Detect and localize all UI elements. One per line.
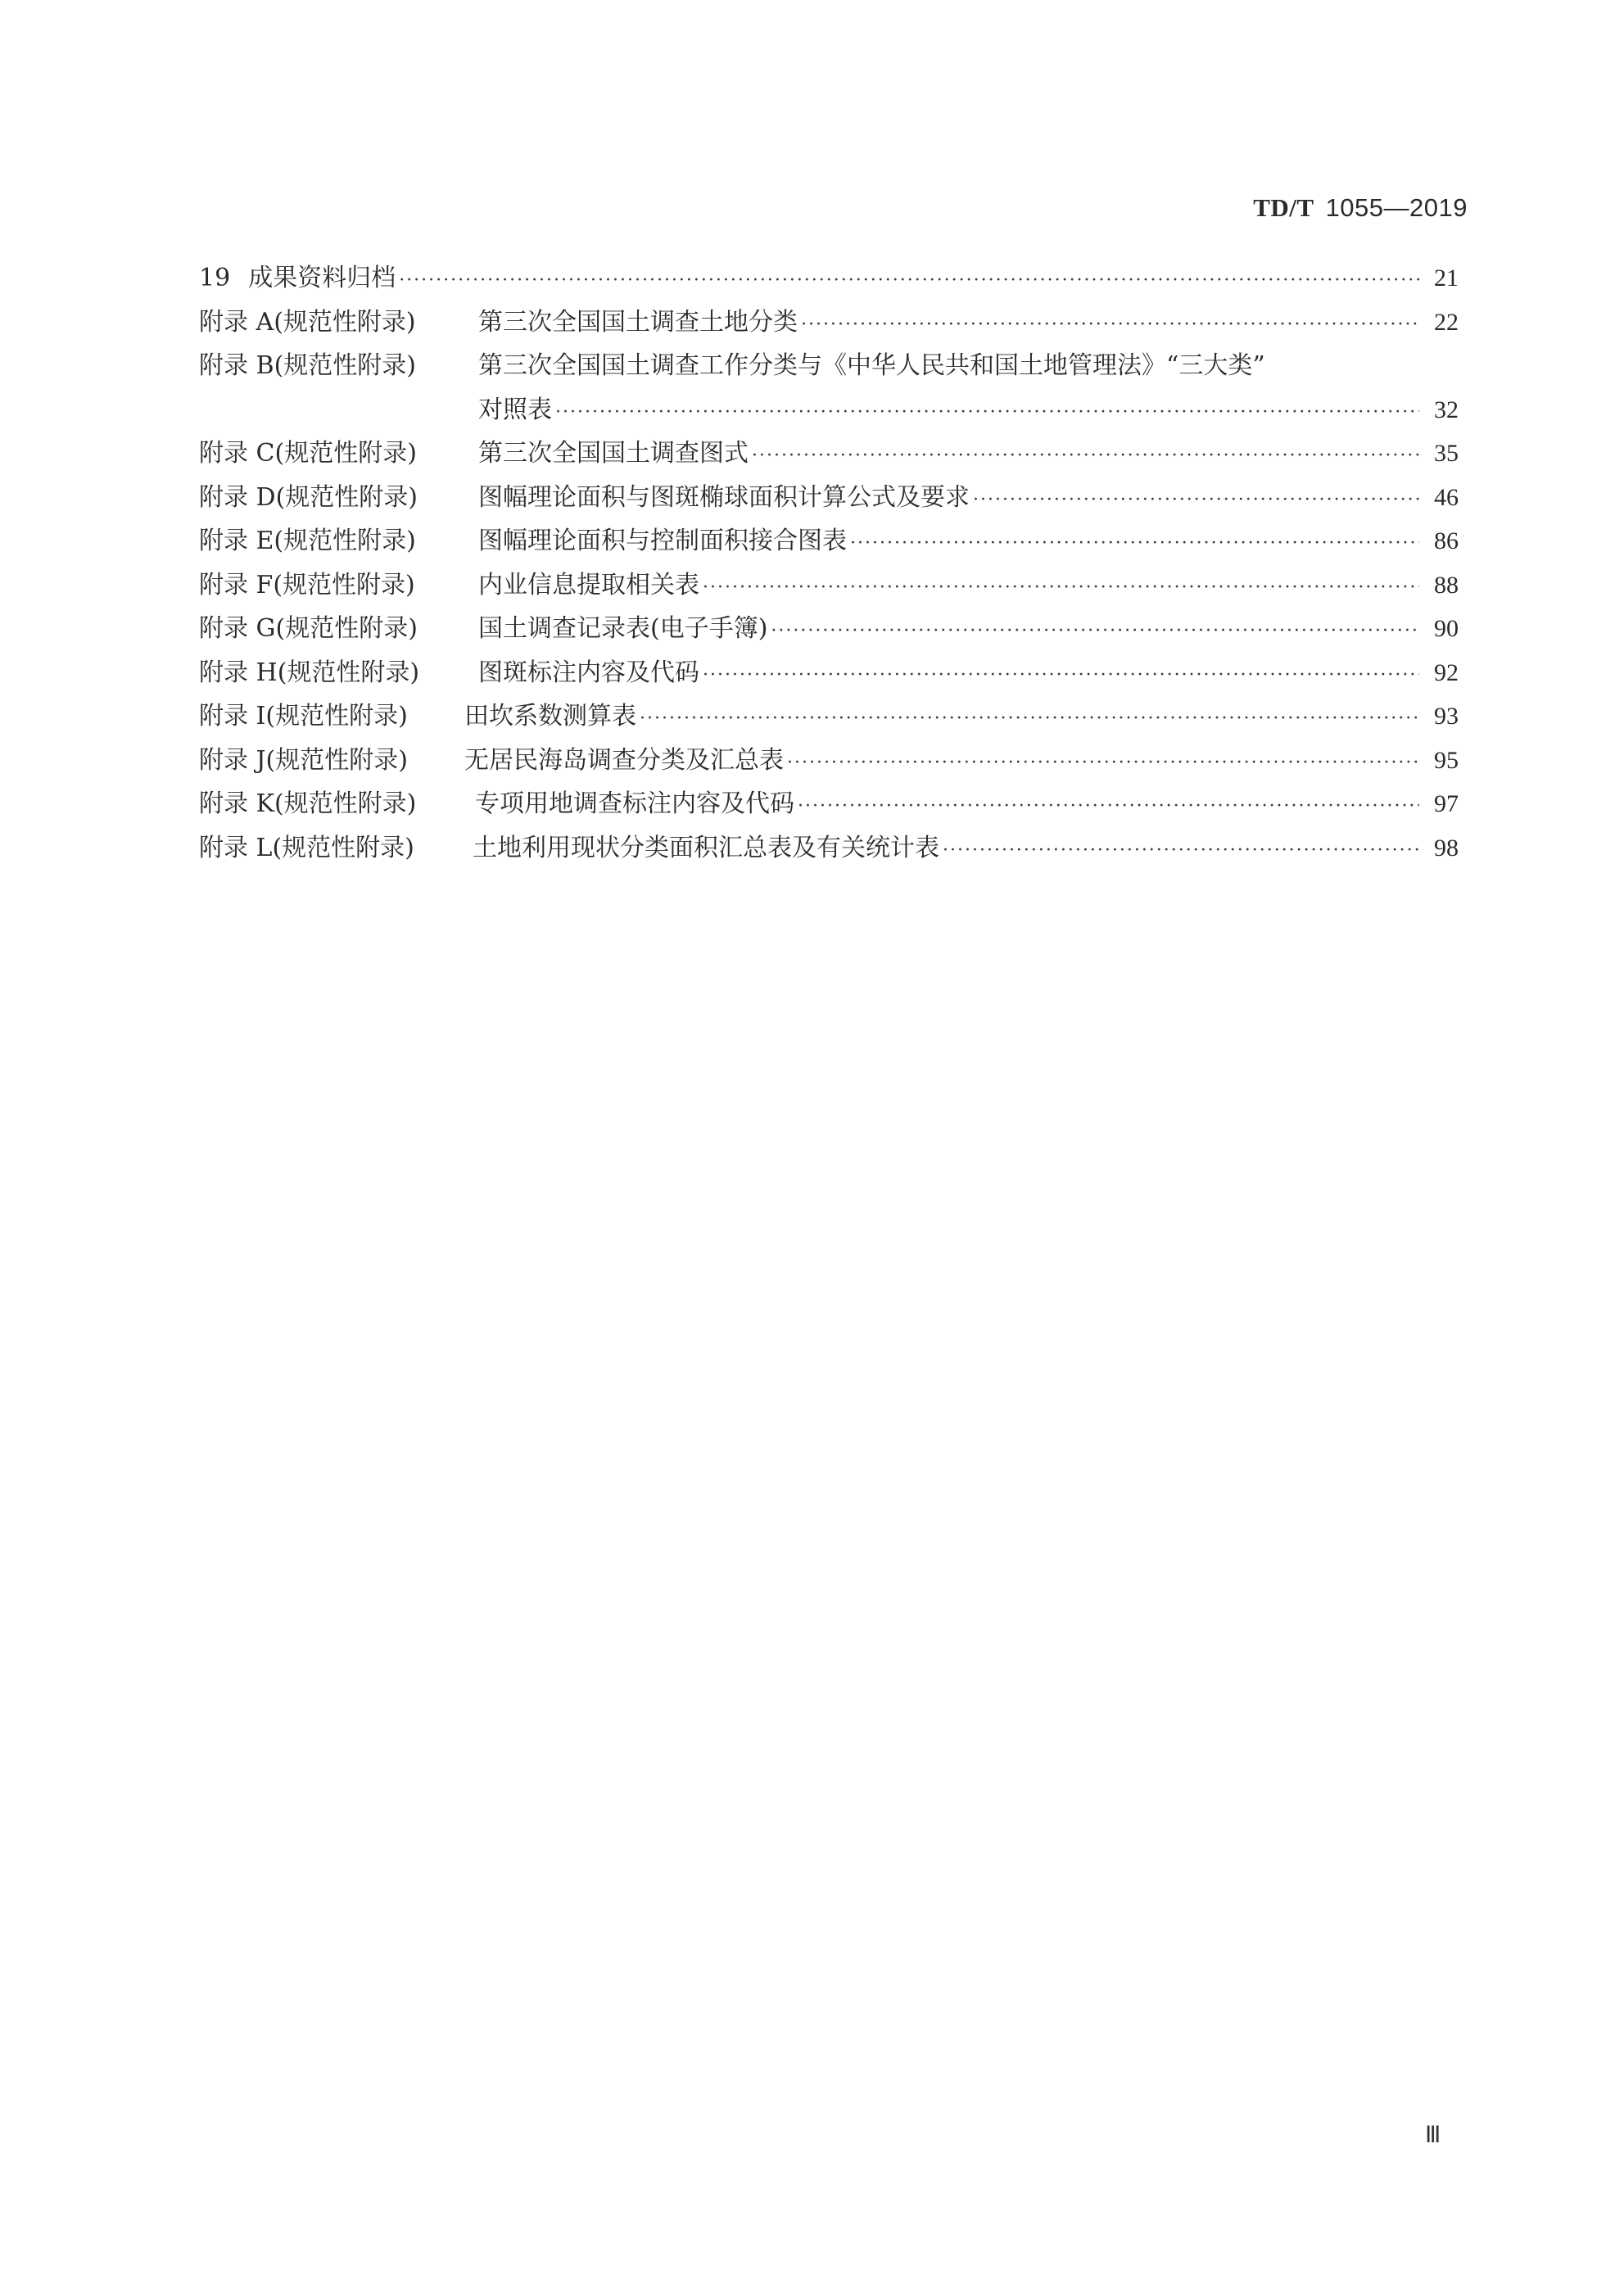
toc-entry-page: 92 [1424,651,1459,695]
dot-leader [703,566,1419,610]
toc-entry-title: 第三次全国国土调查图式 [478,432,749,476]
toc-entry-label: 附录 B(规范性附录) [199,344,478,388]
toc-entry-title: 图斑标注内容及代码 [478,651,699,695]
dot-leader [787,741,1419,785]
dot-leader [399,259,1419,303]
toc-entry-appendix-f[interactable]: 附录 F(规范性附录) 内业信息提取相关表 88 [199,563,1459,608]
toc-entry-page: 46 [1424,476,1459,520]
table-of-contents: 19 成果资料归档 21 附录 A(规范性附录) 第三次全国国土调查土地分类 2… [199,256,1459,870]
toc-entry-title: 土地利用现状分类面积汇总表及有关统计表 [473,826,939,871]
dot-leader [703,654,1419,698]
dot-leader [801,303,1419,347]
toc-entry-appendix-c[interactable]: 附录 C(规范性附录) 第三次全国国土调查图式 35 [199,432,1459,476]
toc-entry-label: 附录 F(规范性附录) [199,563,478,608]
toc-entry-label: 附录 H(规范性附录) [199,651,478,695]
toc-entry-appendix-a[interactable]: 附录 A(规范性附录) 第三次全国国土调查土地分类 22 [199,301,1459,345]
toc-entry-page: 97 [1424,782,1459,826]
toc-entry-page: 22 [1424,301,1459,345]
toc-entry-page: 32 [1424,388,1459,432]
toc-entry-label: 附录 K(规范性附录) [199,782,475,826]
toc-entry-title: 图幅理论面积与图斑椭球面积计算公式及要求 [478,476,970,520]
standard-code-header: TD/T1055—2019 [1253,193,1468,223]
toc-entry-label: 附录 J(规范性附录) [199,739,464,783]
toc-entry-appendix-i[interactable]: 附录 I(规范性附录) 田坎系数测算表 93 [199,694,1459,739]
toc-entry-appendix-j[interactable]: 附录 J(规范性附录) 无居民海岛调查分类及汇总表 95 [199,739,1459,783]
dot-leader [973,478,1419,522]
toc-entry-title: 国土调查记录表(电子手簿) [478,607,767,651]
page-number: Ⅲ [1425,2121,1441,2149]
toc-entry-appendix-g[interactable]: 附录 G(规范性附录) 国土调查记录表(电子手簿) 90 [199,607,1459,651]
toc-entry-page: 35 [1424,432,1459,476]
toc-entry-page: 90 [1424,607,1459,651]
toc-entry-label: 附录 G(规范性附录) [199,607,478,651]
toc-entry-title: 专项用地调查标注内容及代码 [475,782,794,826]
toc-entry-label: 附录 C(规范性附录) [199,432,478,476]
toc-entry-label: 附录 I(规范性附录) [199,694,464,739]
toc-entry-label: 附录 A(规范性附录) [199,301,478,345]
toc-entry-label: 19 [199,256,230,301]
toc-entry-page: 95 [1424,739,1459,783]
dot-leader [640,697,1419,741]
toc-entry-label: 附录 L(规范性附录) [199,826,473,871]
toc-entry-appendix-b-continued[interactable]: 对照表 32 [199,388,1459,432]
toc-entry-page: 21 [1424,256,1459,301]
toc-entry-appendix-h[interactable]: 附录 H(规范性附录) 图斑标注内容及代码 92 [199,651,1459,695]
standard-number: 1055—2019 [1326,193,1468,222]
dot-leader [798,785,1419,829]
dot-leader [850,522,1419,566]
toc-entry-page: 86 [1424,519,1459,563]
toc-entry-title: 图幅理论面积与控制面积接合图表 [478,519,847,563]
toc-entry-title-continued: 对照表 [478,388,552,432]
toc-entry-appendix-k[interactable]: 附录 K(规范性附录) 专项用地调查标注内容及代码 97 [199,782,1459,826]
toc-entry-19[interactable]: 19 成果资料归档 21 [199,256,1459,301]
toc-entry-title: 成果资料归档 [248,256,396,301]
toc-entry-appendix-l[interactable]: 附录 L(规范性附录) 土地利用现状分类面积汇总表及有关统计表 98 [199,826,1459,871]
toc-entry-appendix-e[interactable]: 附录 E(规范性附录) 图幅理论面积与控制面积接合图表 86 [199,519,1459,563]
toc-entry-title: 内业信息提取相关表 [478,563,699,608]
toc-entry-page: 93 [1424,694,1459,739]
toc-entry-appendix-d[interactable]: 附录 D(规范性附录) 图幅理论面积与图斑椭球面积计算公式及要求 46 [199,476,1459,520]
toc-entry-label: 附录 E(规范性附录) [199,519,478,563]
dot-leader [943,829,1419,873]
toc-entry-page: 98 [1424,826,1459,871]
dot-leader [555,391,1419,435]
standard-prefix: TD/T [1253,193,1314,222]
toc-entry-label: 附录 D(规范性附录) [199,476,478,520]
toc-entry-title: 无居民海岛调查分类及汇总表 [464,739,784,783]
toc-entry-appendix-b[interactable]: 附录 B(规范性附录) 第三次全国国土调查工作分类与《中华人民共和国土地管理法》… [199,344,1459,388]
toc-entry-title: 第三次全国国土调查工作分类与《中华人民共和国土地管理法》“三大类” [478,344,1265,388]
dot-leader [752,434,1419,478]
toc-entry-title: 第三次全国国土调查土地分类 [478,301,798,345]
toc-entry-page: 88 [1424,563,1459,608]
dot-leader [771,609,1419,654]
toc-entry-title: 田坎系数测算表 [464,694,636,739]
